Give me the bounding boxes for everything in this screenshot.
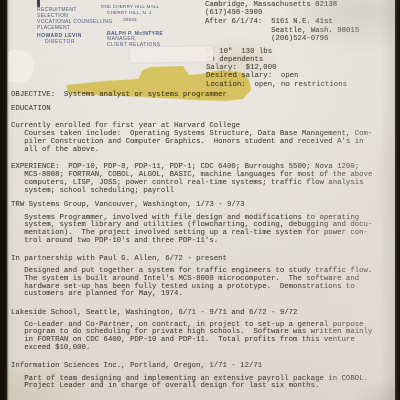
job-paragraph-lakeside: Co-Leader and Co-Partner, on contract, i…	[11, 322, 372, 353]
text-line: No dependents	[206, 56, 347, 64]
scan-border-left	[0, 0, 7, 400]
job-heading-trw: TRW Systems Group, Vancouver, Washington…	[11, 201, 245, 209]
letterhead-logo-remnant	[37, 0, 40, 7]
text-line: Currently enrolled for first year at Har…	[11, 122, 372, 130]
letterhead-address: ONE CHERRY HILL MALLCHERRY HILL, N. J.08…	[95, 4, 165, 23]
experience-summary-paragraph: EXPERIENCE: PDP-10, PDP-8, PDP-11, PDP-1…	[11, 163, 372, 195]
text-line: Courses taken include: Operating Systems…	[11, 130, 372, 138]
job-heading-information-sciences: Information Sciences Inc., Portland, Ore…	[11, 362, 262, 370]
tape-mark	[130, 46, 213, 62]
text-line: EXPERIENCE: PDP-10, PDP-8, PDP-11, PDP-1…	[11, 163, 372, 171]
text-line: 08034	[95, 17, 165, 23]
education-paragraph: Currently enrolled for first year at Har…	[11, 122, 372, 155]
text-line: trol around two PDP-10's and three PDP-1…	[11, 238, 372, 246]
job-heading-allen-partnership: In partnership with Paul G. Allen, 6/72 …	[11, 255, 227, 263]
text-line: After 6/1/74: 5161 N.E. 41st	[205, 18, 359, 27]
education-section-heading: EDUCATION	[11, 105, 51, 113]
text-line: 5' 10" 130 lbs	[206, 48, 347, 56]
job-paragraph-information-sciences: Part of team designing and implementing …	[11, 376, 368, 392]
job-paragraph-trw: Systems Programmer, involved with file d…	[11, 215, 372, 246]
text-line: Seattle, Wash. 98015	[205, 27, 359, 36]
text-line: Cambridge, Massachusetts 02138	[205, 1, 359, 10]
job-paragraph-allen-partnership: Designed and put together a system for t…	[11, 268, 372, 299]
job-heading-lakeside: Lakeside School, Seattle, Washington, 6/…	[11, 309, 297, 317]
text-line: all of the above.	[11, 146, 372, 154]
text-line: PLACEMENT	[37, 25, 113, 31]
text-line: computers, LISP, JOSS; power control rea…	[11, 179, 372, 187]
letterhead-director: HOWARD LEVINDIRECTOR	[37, 33, 82, 45]
text-line: system; school scheduling; payroll	[11, 187, 372, 195]
text-line: customers are planned for May, 1974.	[11, 291, 372, 299]
scanned-resume-page: RECRUITMENTSELECTIONVOCATIONAL COUNSELLI…	[0, 0, 400, 400]
text-line: piler Construction and Computer Graphics…	[11, 138, 372, 146]
text-line: (206)524-0796	[205, 35, 359, 44]
text-line: Project Leader and in charge of overall …	[11, 383, 368, 391]
text-line: (617)498-3909	[205, 9, 359, 18]
scan-border-right	[395, 0, 400, 400]
text-line: exceed $10,000.	[11, 345, 372, 353]
text-line: DIRECTOR	[37, 39, 82, 45]
text-line: MCS-8008; FORTRAN, COBOL, ALGOL, BASIC, …	[11, 171, 372, 179]
contact-address-block: Cambridge, Massachusetts 02138(617)498-3…	[205, 1, 359, 45]
